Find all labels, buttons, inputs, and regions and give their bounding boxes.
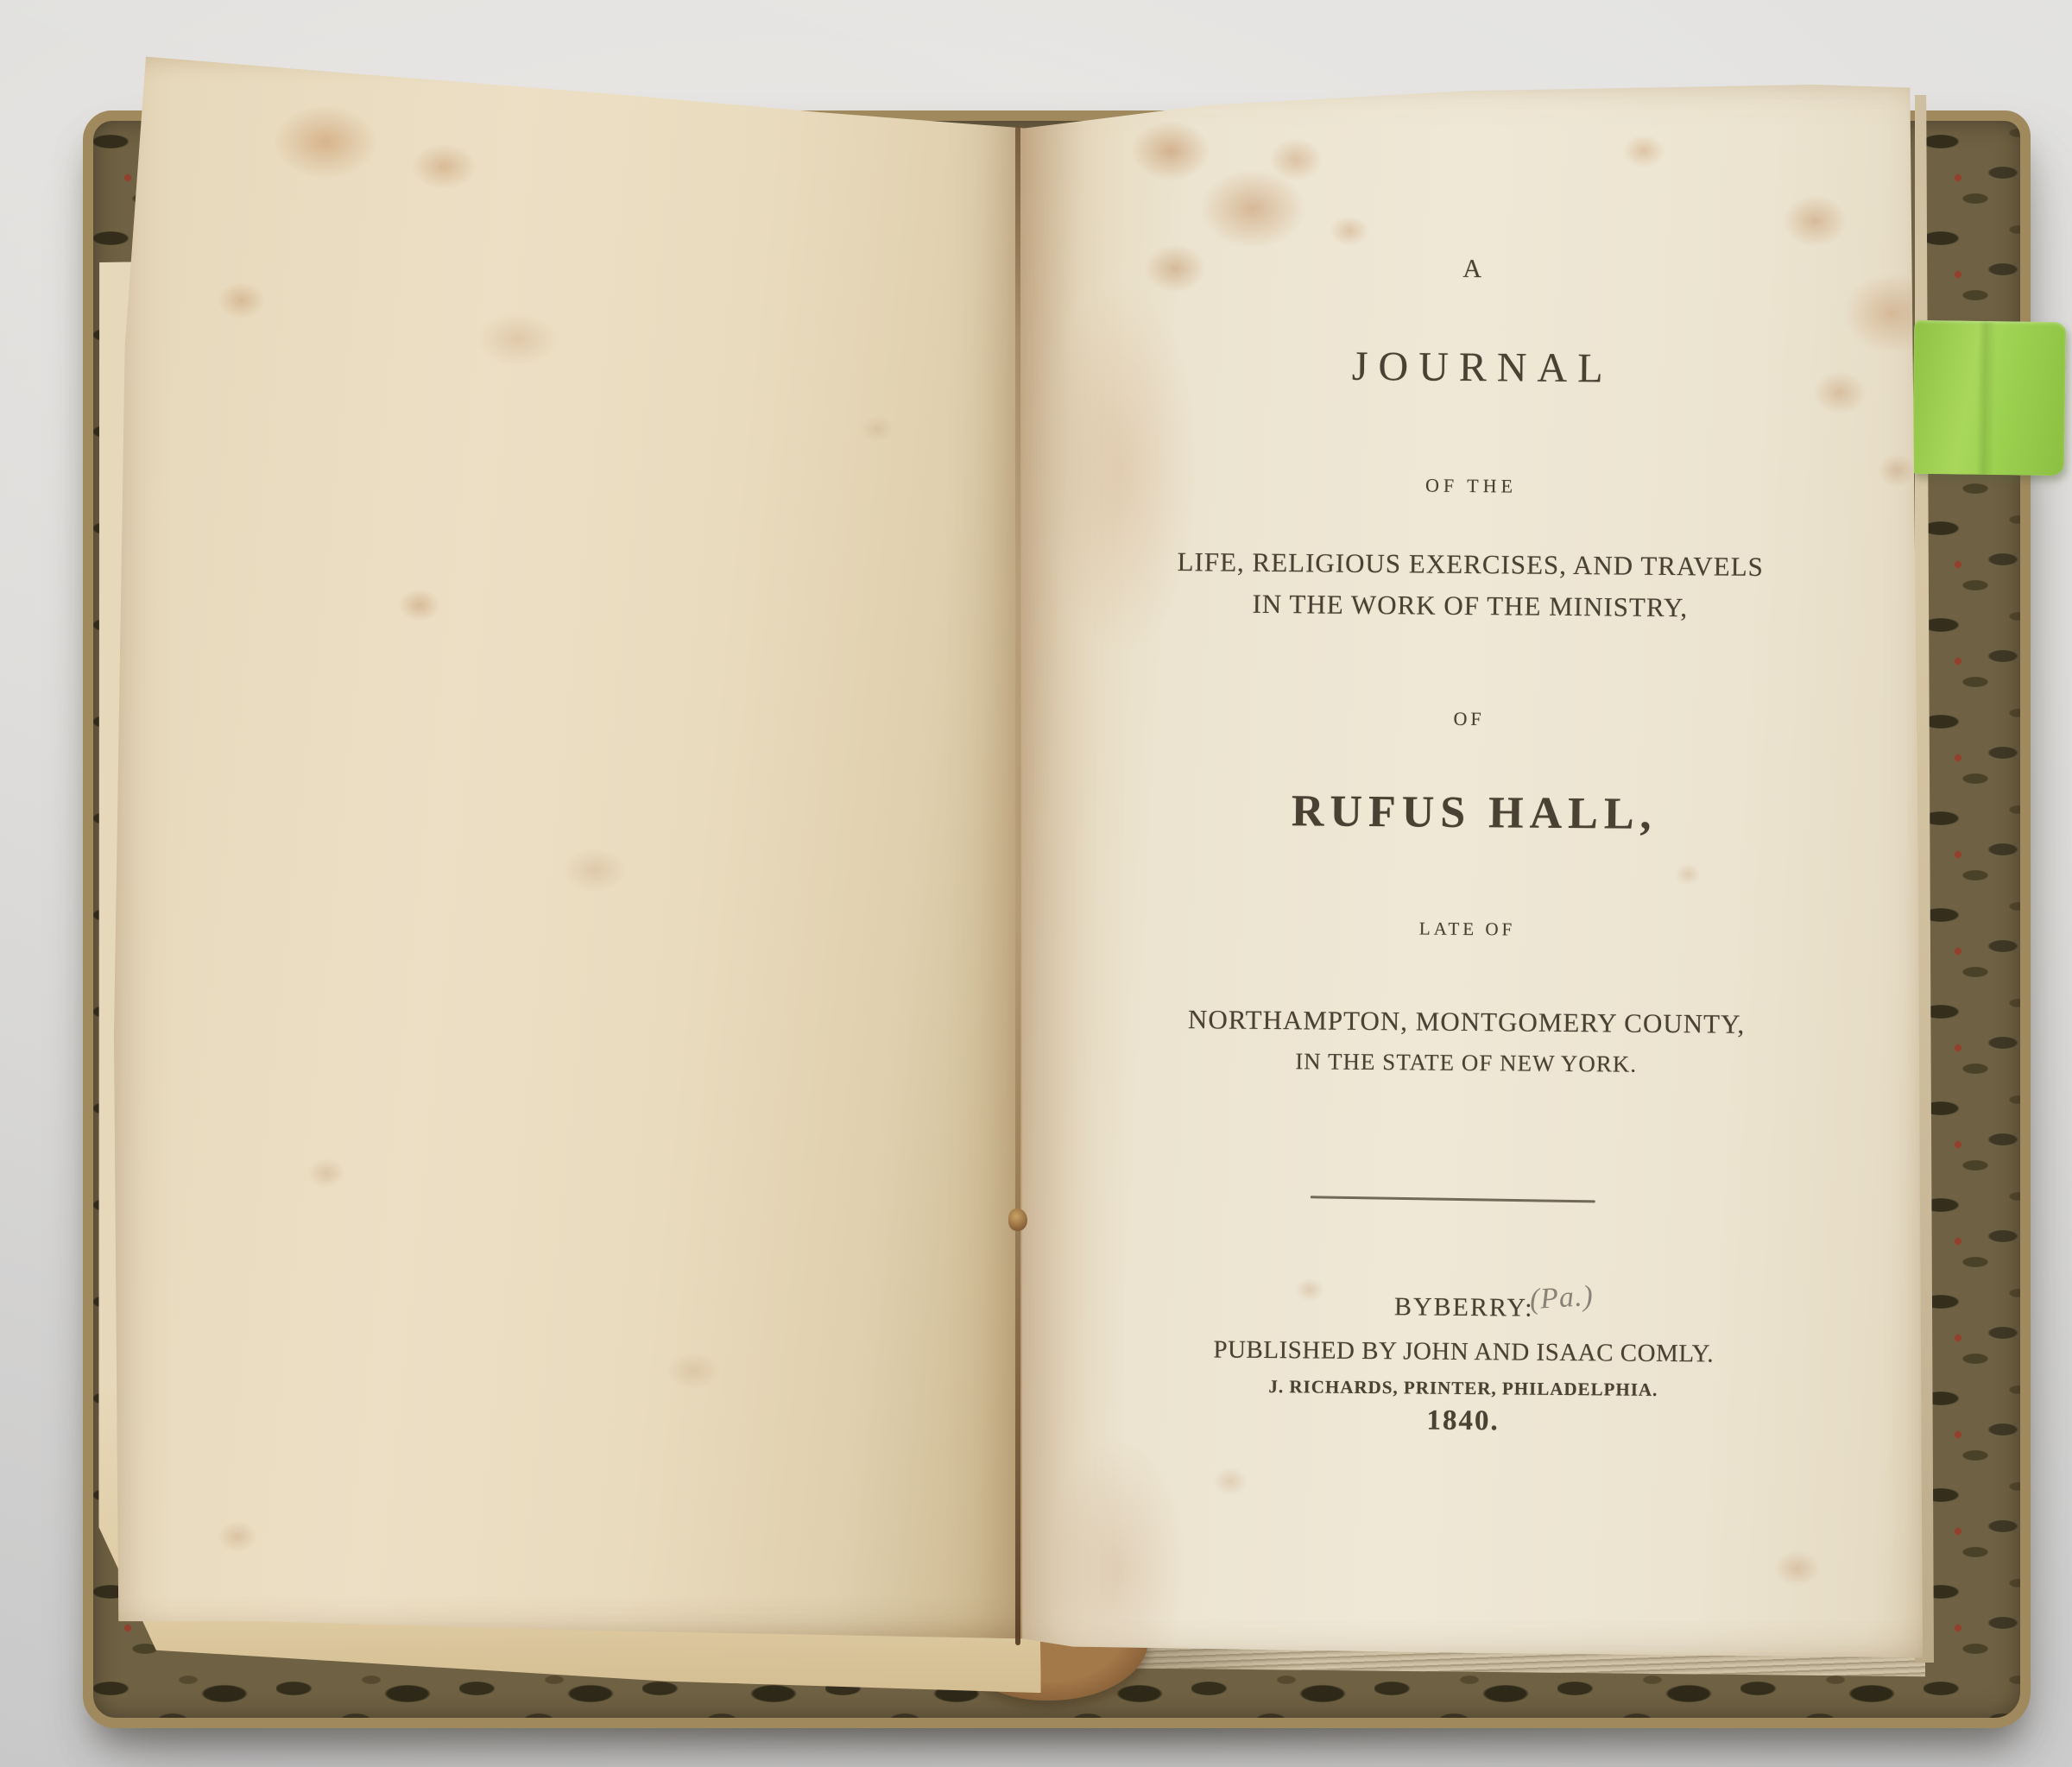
title-journal: JOURNAL: [1127, 341, 1828, 394]
gutter-crease: [1015, 126, 1020, 1645]
imprint-publisher: PUBLISHED BY JOHN AND ISAAC COMLY.: [1118, 1335, 1809, 1369]
residence-line-2: IN THE STATE OF NEW YORK.: [1121, 1047, 1811, 1080]
late-of: LATE OF: [1121, 916, 1812, 943]
binding-thread-knot: [1008, 1209, 1027, 1231]
imprint-place: BYBERRY:: [1119, 1290, 1810, 1325]
author-name: RUFUS HALL,: [1122, 785, 1819, 842]
pencil-annotation: (Pa.): [1529, 1280, 1595, 1316]
left-blank-page: [114, 54, 1026, 1642]
subtitle-line-2: IN THE WORK OF THE MINISTRY,: [1125, 588, 1816, 625]
imprint-year: 1840.: [1117, 1402, 1808, 1440]
green-sticky-tab: [1912, 320, 2066, 476]
subtitle-line-1: LIFE, RELIGIOUS EXERCISES, AND TRAVELS: [1125, 546, 1816, 584]
title-page-text: A JOURNAL OF THE LIFE, RELIGIOUS EXERCIS…: [1115, 0, 1821, 1767]
photo-open-book: A JOURNAL OF THE LIFE, RELIGIOUS EXERCIS…: [0, 0, 2072, 1767]
half-title-a: A: [1128, 252, 1818, 287]
title-of: OF: [1124, 705, 1815, 734]
imprint-printer: J. RICHARDS, PRINTER, PHILADELPHIA.: [1118, 1374, 1809, 1402]
divider-rule: [1311, 1196, 1595, 1202]
residence-line-1: NORTHAMPTON, MONTGOMERY COUNTY,: [1121, 1004, 1811, 1041]
title-of-the: OF THE: [1126, 472, 1816, 501]
